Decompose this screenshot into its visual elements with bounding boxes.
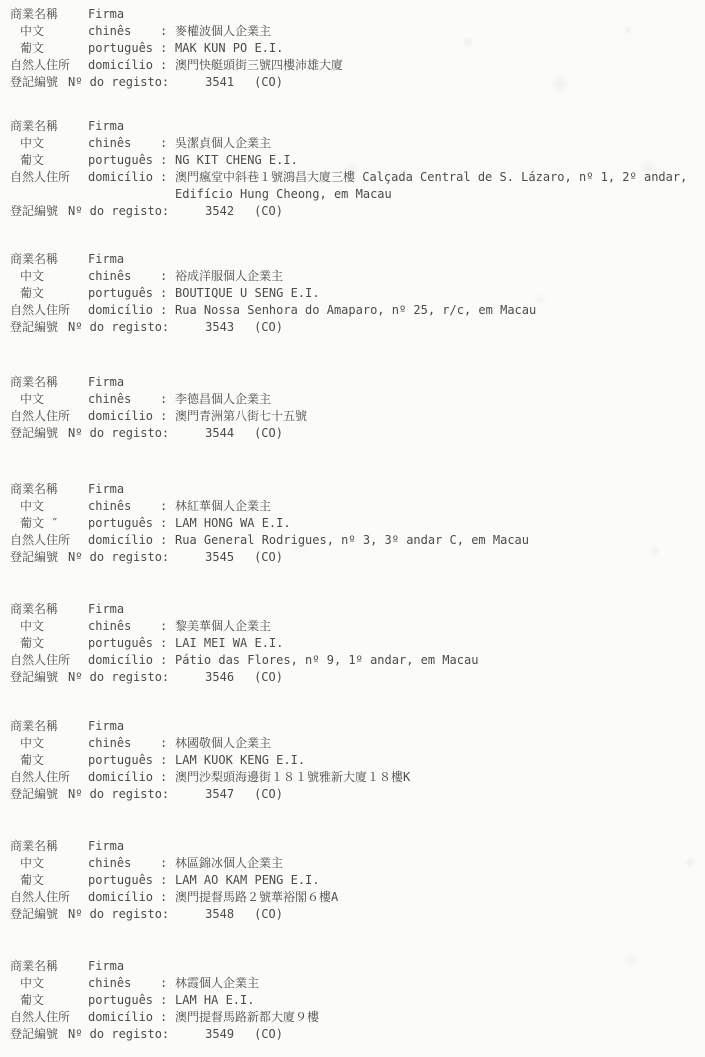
domicile-row: 自然人住所 domicílio : Pátio das Flores, nº 9…	[0, 652, 705, 669]
domicile-label-pt: domicílio	[88, 532, 160, 549]
colon-separator: :	[160, 23, 175, 40]
business-record: 商業名稱 Firma 中文 chinês : 林國敬個人企業主 葡文 portu…	[0, 718, 705, 803]
colon-separator: :	[160, 652, 175, 669]
portuguese-name-value: LAM KUOK KENG E.I.	[175, 752, 705, 769]
chinese-label-pt: chinês	[88, 268, 160, 285]
firm-header-row: 商業名稱 Firma	[0, 958, 705, 975]
colon-separator: :	[160, 872, 175, 889]
colon-separator: :	[160, 992, 175, 1009]
chinese-label-cn: 中文	[10, 855, 88, 872]
business-record: 商業名稱 Firma 中文 chinês : 麥權波個人企業主 葡文 portu…	[0, 6, 705, 91]
domicile-label-pt: domicílio	[88, 169, 160, 186]
firm-header-row: 商業名稱 Firma	[0, 6, 705, 23]
colon-separator: :	[160, 889, 175, 906]
firm-label-pt: Firma	[88, 6, 160, 23]
chinese-name-value: 麥權波個人企業主	[175, 23, 705, 40]
portuguese-name-row: 葡文 português : NG KIT CHENG E.I.	[0, 152, 705, 169]
firm-label-cn: 商業名稱	[10, 958, 88, 975]
chinese-label-cn: 中文	[10, 135, 88, 152]
portuguese-label-pt: português	[88, 872, 160, 889]
registry-label-pt: Nº do registo:	[68, 1026, 169, 1043]
chinese-name-value: 黎美華個人企業主	[175, 618, 705, 635]
domicile-label-cn: 自然人住所	[10, 302, 88, 319]
portuguese-name-value: NG KIT CHENG E.I.	[175, 152, 705, 169]
domicile-row: 自然人住所 domicílio : 澳門提督馬路新都大廈９樓	[0, 1009, 705, 1026]
firm-label-pt: Firma	[88, 118, 160, 135]
registry-number: 3544	[205, 425, 234, 442]
domicile-label-cn: 自然人住所	[10, 769, 88, 786]
chinese-label-pt: chinês	[88, 618, 160, 635]
domicile-label-pt: domicílio	[88, 1009, 160, 1026]
portuguese-label-cn: 葡文	[10, 40, 88, 57]
portuguese-label-pt: português	[88, 40, 160, 57]
registry-label-cn: 登記編號	[10, 786, 68, 803]
domicile-label-cn: 自然人住所	[10, 57, 88, 74]
colon-separator: :	[160, 40, 175, 57]
registry-document-page: 商業名稱 Firma 中文 chinês : 麥權波個人企業主 葡文 portu…	[0, 0, 705, 1043]
chinese-name-row: 中文 chinês : 麥權波個人企業主	[0, 23, 705, 40]
registry-label-pt: Nº do registo:	[68, 786, 169, 803]
portuguese-name-row: 葡文 português : LAI MEI WA E.I.	[0, 635, 705, 652]
registry-label-cn: 登記編號	[10, 1026, 68, 1043]
firm-label-cn: 商業名稱	[10, 251, 88, 268]
business-record: 商業名稱 Firma 中文 chinês : 吳潔貞個人企業主 葡文 portu…	[0, 118, 705, 220]
domicile-row-continued: Edifício Hung Cheong, em Macau	[0, 186, 705, 203]
registry-label-cn: 登記編號	[10, 203, 68, 220]
firm-label-cn: 商業名稱	[10, 118, 88, 135]
portuguese-label-pt: português	[88, 152, 160, 169]
colon-separator: :	[160, 855, 175, 872]
chinese-label-cn: 中文	[10, 391, 88, 408]
registry-row: 登記編號 Nº do registo: 3547 (CO)	[0, 786, 705, 803]
domicile-value: 澳門瘋堂中斜巷１號鴻昌大廈三樓 Calçada Central de S. Lá…	[175, 169, 705, 186]
firm-label-cn: 商業名稱	[10, 481, 88, 498]
firm-header-row: 商業名稱 Firma	[0, 838, 705, 855]
registry-label-pt: Nº do registo:	[68, 906, 169, 923]
domicile-label-cn: 自然人住所	[10, 1009, 88, 1026]
registry-row: 登記編號 Nº do registo: 3543 (CO)	[0, 319, 705, 336]
chinese-label-cn: 中文	[10, 735, 88, 752]
firm-label-pt: Firma	[88, 601, 160, 618]
domicile-label-cn: 自然人住所	[10, 169, 88, 186]
colon-separator: :	[160, 408, 175, 425]
portuguese-label-cn: 葡文	[10, 872, 88, 889]
portuguese-name-value: LAI MEI WA E.I.	[175, 635, 705, 652]
domicile-row: 自然人住所 domicílio : 澳門青洲第八街七十五號	[0, 408, 705, 425]
portuguese-label-cn: 葡文	[10, 992, 88, 1009]
firm-label-pt: Firma	[88, 718, 160, 735]
domicile-row: 自然人住所 domicílio : 澳門瘋堂中斜巷１號鴻昌大廈三樓 Calçad…	[0, 169, 705, 186]
chinese-label-pt: chinês	[88, 391, 160, 408]
domicile-value: Rua Nossa Senhora do Amaparo, nº 25, r/c…	[175, 302, 705, 319]
portuguese-label-cn: 葡文	[10, 285, 88, 302]
portuguese-name-value: LAM HONG WA E.I.	[175, 515, 705, 532]
domicile-value: 澳門快艇頭街三號四樓沛雄大廈	[175, 57, 705, 74]
registry-row: 登記編號 Nº do registo: 3549 (CO)	[0, 1026, 705, 1043]
portuguese-label-pt: português	[88, 285, 160, 302]
domicile-label-pt: domicílio	[88, 302, 160, 319]
business-record: 商業名稱 Firma 中文 chinês : 林紅華個人企業主 葡文 ″ por…	[0, 481, 705, 566]
domicile-row: 自然人住所 domicílio : Rua Nossa Senhora do A…	[0, 302, 705, 319]
chinese-name-row: 中文 chinês : 李德昌個人企業主	[0, 391, 705, 408]
firm-label-cn: 商業名稱	[10, 601, 88, 618]
chinese-name-row: 中文 chinês : 林國敬個人企業主	[0, 735, 705, 752]
registry-row: 登記編號 Nº do registo: 3546 (CO)	[0, 669, 705, 686]
chinese-label-pt: chinês	[88, 23, 160, 40]
firm-label-pt: Firma	[88, 838, 160, 855]
business-record: 商業名稱 Firma 中文 chinês : 裕成洋服個人企業主 葡文 port…	[0, 251, 705, 336]
chinese-label-cn: 中文	[10, 975, 88, 992]
registry-label-pt: Nº do registo:	[68, 319, 169, 336]
domicile-label-cn: 自然人住所	[10, 532, 88, 549]
registry-label-pt: Nº do registo:	[68, 203, 169, 220]
portuguese-name-value: MAK KUN PO E.I.	[175, 40, 705, 57]
chinese-name-row: 中文 chinês : 裕成洋服個人企業主	[0, 268, 705, 285]
registry-number: 3542	[205, 203, 234, 220]
colon-separator: :	[160, 302, 175, 319]
registry-suffix: (CO)	[254, 74, 283, 91]
chinese-name-row: 中文 chinês : 林霞個人企業主	[0, 975, 705, 992]
portuguese-label-cn: 葡文	[10, 752, 88, 769]
domicile-value: 澳門沙梨頭海邊街１８１號雅新大廈１８樓K	[175, 769, 705, 786]
colon-separator: :	[160, 532, 175, 549]
firm-header-row: 商業名稱 Firma	[0, 481, 705, 498]
portuguese-name-row: 葡文 português : BOUTIQUE U SENG E.I.	[0, 285, 705, 302]
registry-row: 登記編號 Nº do registo: 3541 (CO)	[0, 74, 705, 91]
chinese-name-value: 林國敬個人企業主	[175, 735, 705, 752]
portuguese-label-pt: português	[88, 515, 160, 532]
portuguese-name-row: 葡文 português : LAM KUOK KENG E.I.	[0, 752, 705, 769]
registry-suffix: (CO)	[254, 669, 283, 686]
domicile-label-pt: domicílio	[88, 889, 160, 906]
registry-row: 登記編號 Nº do registo: 3544 (CO)	[0, 425, 705, 442]
chinese-name-value: 林區錦冰個人企業主	[175, 855, 705, 872]
registry-number: 3541	[205, 74, 234, 91]
firm-header-row: 商業名稱 Firma	[0, 601, 705, 618]
registry-suffix: (CO)	[254, 203, 283, 220]
domicile-value-line2: Edifício Hung Cheong, em Macau	[10, 186, 392, 203]
domicile-label-pt: domicílio	[88, 769, 160, 786]
colon-separator: :	[160, 1009, 175, 1026]
firm-label-pt: Firma	[88, 374, 160, 391]
firm-label-cn: 商業名稱	[10, 6, 88, 23]
chinese-label-pt: chinês	[88, 975, 160, 992]
firm-header-row: 商業名稱 Firma	[0, 118, 705, 135]
portuguese-name-row: 葡文 português : MAK KUN PO E.I.	[0, 40, 705, 57]
registry-label-cn: 登記編號	[10, 425, 68, 442]
portuguese-label-pt: português	[88, 752, 160, 769]
colon-separator: :	[160, 169, 175, 186]
firm-header-row: 商業名稱 Firma	[0, 251, 705, 268]
registry-suffix: (CO)	[254, 319, 283, 336]
firm-label-cn: 商業名稱	[10, 718, 88, 735]
domicile-row: 自然人住所 domicílio : Rua General Rodrigues,…	[0, 532, 705, 549]
registry-label-cn: 登記編號	[10, 319, 68, 336]
registry-label-pt: Nº do registo:	[68, 425, 169, 442]
domicile-label-cn: 自然人住所	[10, 652, 88, 669]
registry-label-cn: 登記編號	[10, 906, 68, 923]
colon-separator: :	[160, 635, 175, 652]
portuguese-name-value: LAM HA E.I.	[175, 992, 705, 1009]
colon-separator: :	[160, 735, 175, 752]
registry-row: 登記編號 Nº do registo: 3542 (CO)	[0, 203, 705, 220]
colon-separator: :	[160, 752, 175, 769]
portuguese-name-value: BOUTIQUE U SENG E.I.	[175, 285, 705, 302]
portuguese-name-row: 葡文 português : LAM HA E.I.	[0, 992, 705, 1009]
chinese-name-value: 林紅華個人企業主	[175, 498, 705, 515]
chinese-name-value: 裕成洋服個人企業主	[175, 268, 705, 285]
colon-separator: :	[160, 975, 175, 992]
chinese-name-row: 中文 chinês : 吳潔貞個人企業主	[0, 135, 705, 152]
domicile-row: 自然人住所 domicílio : 澳門提督馬路２號華裕閣６樓A	[0, 889, 705, 906]
portuguese-name-value: LAM AO KAM PENG E.I.	[175, 872, 705, 889]
domicile-label-cn: 自然人住所	[10, 889, 88, 906]
chinese-label-pt: chinês	[88, 135, 160, 152]
registry-label-cn: 登記編號	[10, 549, 68, 566]
domicile-label-pt: domicílio	[88, 57, 160, 74]
colon-separator: :	[160, 57, 175, 74]
firm-header-row: 商業名稱 Firma	[0, 374, 705, 391]
registry-number: 3545	[205, 549, 234, 566]
registry-number: 3547	[205, 786, 234, 803]
firm-label-pt: Firma	[88, 481, 160, 498]
domicile-value: Pátio das Flores, nº 9, 1º andar, em Mac…	[175, 652, 705, 669]
chinese-label-pt: chinês	[88, 498, 160, 515]
colon-separator: :	[160, 391, 175, 408]
registry-number: 3543	[205, 319, 234, 336]
business-record: 商業名稱 Firma 中文 chinês : 林區錦冰個人企業主 葡文 port…	[0, 838, 705, 923]
colon-separator: :	[160, 135, 175, 152]
registry-label-pt: Nº do registo:	[68, 669, 169, 686]
business-record: 商業名稱 Firma 中文 chinês : 黎美華個人企業主 葡文 portu…	[0, 601, 705, 686]
firm-label-pt: Firma	[88, 958, 160, 975]
domicile-value: 澳門提督馬路新都大廈９樓	[175, 1009, 705, 1026]
colon-separator: :	[160, 769, 175, 786]
domicile-label-cn: 自然人住所	[10, 408, 88, 425]
chinese-name-value: 李德昌個人企業主	[175, 391, 705, 408]
chinese-label-pt: chinês	[88, 855, 160, 872]
registry-number: 3546	[205, 669, 234, 686]
registry-suffix: (CO)	[254, 906, 283, 923]
registry-row: 登記編號 Nº do registo: 3548 (CO)	[0, 906, 705, 923]
chinese-label-pt: chinês	[88, 735, 160, 752]
colon-separator: :	[160, 515, 175, 532]
registry-label-pt: Nº do registo:	[68, 549, 169, 566]
portuguese-name-row: 葡文 ″ português : LAM HONG WA E.I.	[0, 515, 705, 532]
colon-separator: :	[160, 268, 175, 285]
chinese-name-value: 吳潔貞個人企業主	[175, 135, 705, 152]
registry-number: 3549	[205, 1026, 234, 1043]
portuguese-label-cn: 葡文 ″	[10, 515, 88, 532]
colon-separator: :	[160, 152, 175, 169]
domicile-label-pt: domicílio	[88, 652, 160, 669]
firm-label-cn: 商業名稱	[10, 374, 88, 391]
registry-label-pt: Nº do registo:	[68, 74, 169, 91]
portuguese-label-cn: 葡文	[10, 635, 88, 652]
registry-suffix: (CO)	[254, 786, 283, 803]
firm-label-cn: 商業名稱	[10, 838, 88, 855]
business-record: 商業名稱 Firma 中文 chinês : 李德昌個人企業主 自然人住所 do…	[0, 374, 705, 442]
firm-label-pt: Firma	[88, 251, 160, 268]
registry-number: 3548	[205, 906, 234, 923]
registry-label-cn: 登記編號	[10, 74, 68, 91]
chinese-name-row: 中文 chinês : 黎美華個人企業主	[0, 618, 705, 635]
chinese-label-cn: 中文	[10, 23, 88, 40]
registry-row: 登記編號 Nº do registo: 3545 (CO)	[0, 549, 705, 566]
registry-suffix: (CO)	[254, 425, 283, 442]
firm-header-row: 商業名稱 Firma	[0, 718, 705, 735]
portuguese-label-pt: português	[88, 635, 160, 652]
portuguese-label-pt: português	[88, 992, 160, 1009]
chinese-name-row: 中文 chinês : 林紅華個人企業主	[0, 498, 705, 515]
business-record: 商業名稱 Firma 中文 chinês : 林霞個人企業主 葡文 portug…	[0, 958, 705, 1043]
chinese-name-value: 林霞個人企業主	[175, 975, 705, 992]
chinese-label-cn: 中文	[10, 268, 88, 285]
domicile-value: 澳門提督馬路２號華裕閣６樓A	[175, 889, 705, 906]
domicile-value: Rua General Rodrigues, nº 3, 3º andar C,…	[175, 532, 705, 549]
portuguese-name-row: 葡文 português : LAM AO KAM PENG E.I.	[0, 872, 705, 889]
colon-separator: :	[160, 498, 175, 515]
registry-suffix: (CO)	[254, 549, 283, 566]
registry-suffix: (CO)	[254, 1026, 283, 1043]
domicile-row: 自然人住所 domicílio : 澳門快艇頭街三號四樓沛雄大廈	[0, 57, 705, 74]
colon-separator: :	[160, 285, 175, 302]
domicile-row: 自然人住所 domicílio : 澳門沙梨頭海邊街１８１號雅新大廈１８樓K	[0, 769, 705, 786]
chinese-name-row: 中文 chinês : 林區錦冰個人企業主	[0, 855, 705, 872]
registry-label-cn: 登記編號	[10, 669, 68, 686]
domicile-value: 澳門青洲第八街七十五號	[175, 408, 705, 425]
chinese-label-cn: 中文	[10, 618, 88, 635]
portuguese-label-cn: 葡文	[10, 152, 88, 169]
colon-separator: :	[160, 618, 175, 635]
domicile-label-pt: domicílio	[88, 408, 160, 425]
chinese-label-cn: 中文	[10, 498, 88, 515]
